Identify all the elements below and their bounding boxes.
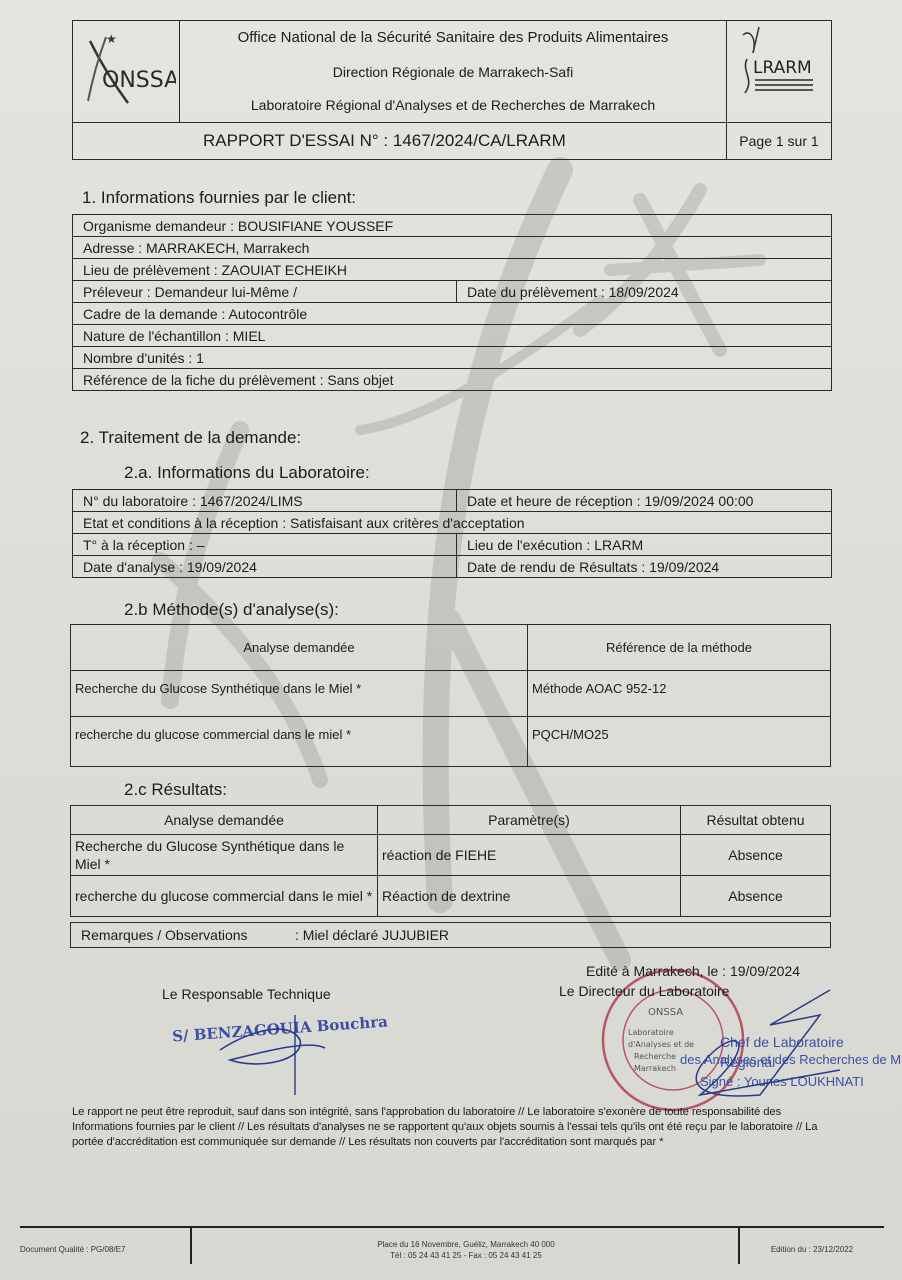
methods-row: Recherche du Glucose Synthétique dans le…: [71, 671, 831, 717]
client-info-table: Organisme demandeur : BOUSIFIANE YOUSSEF…: [72, 214, 832, 391]
results-row: recherche du glucose commercial dans le …: [71, 876, 831, 917]
header-titles: Office National de la Sécurité Sanitaire…: [180, 21, 727, 123]
remarks-label: Remarques / Observations: [81, 927, 295, 943]
preleveur-cell: Préleveur : Demandeur lui-Même /: [73, 281, 457, 303]
responsable-signature: [210, 1010, 330, 1100]
footer-doc-code: Document Qualité : PG/08/E7: [20, 1228, 190, 1279]
lieu-execution-cell: Lieu de l'exécution : LRARM: [457, 534, 832, 556]
footer-edition: Edition du : 23/12/2022: [740, 1228, 884, 1279]
section-2c-title: 2.c Résultats:: [124, 780, 227, 800]
svg-text:★: ★: [106, 32, 117, 46]
results-header-resultat: Résultat obtenu: [681, 806, 831, 835]
reference-fiche-row: Référence de la fiche du prélèvement : S…: [73, 369, 832, 391]
results-row: Recherche du Glucose Synthétique dans le…: [71, 835, 831, 876]
no-labo-cell: N° du laboratoire : 1467/2024/LIMS: [73, 490, 457, 512]
date-rendu-cell: Date de rendu de Résultats : 19/09/2024: [457, 556, 832, 578]
onssa-logo: ★ ONSSA: [73, 21, 180, 123]
methods-header-reference: Référence de la méthode: [528, 625, 831, 671]
lab-info-table: N° du laboratoire : 1467/2024/LIMS Date …: [72, 489, 832, 578]
cadre-row: Cadre de la demande : Autocontrôle: [73, 303, 832, 325]
footer-contact: Place du 16 Novembre, Guéliz, Marrakech …: [192, 1228, 740, 1273]
results-table: Analyse demandée Paramètre(s) Résultat o…: [70, 805, 831, 917]
section-2b-title: 2.b Méthode(s) d'analyse(s):: [124, 600, 339, 620]
results-header-parametre: Paramètre(s): [378, 806, 681, 835]
footer-address: Place du 16 Novembre, Guéliz, Marrakech …: [192, 1239, 740, 1250]
date-reception-cell: Date et heure de réception : 19/09/2024 …: [457, 490, 832, 512]
date-analyse-cell: Date d'analyse : 19/09/2024: [73, 556, 457, 578]
result-value: Absence: [681, 876, 831, 917]
report-number: RAPPORT D'ESSAI N° : 1467/2024/CA/LRARM: [73, 122, 727, 159]
remarks-cell: Remarques / Observations: Miel déclaré J…: [71, 923, 831, 948]
edit-date-line: Edité à Marrakech, le : 19/09/2024: [586, 963, 800, 979]
header-line-1: Office National de la Sécurité Sanitaire…: [180, 30, 726, 45]
section-1-title: 1. Informations fournies par le client:: [82, 188, 356, 208]
etat-reception-row: Etat et conditions à la réception : Sati…: [73, 512, 832, 534]
lrarm-logo: LRARM: [727, 21, 832, 123]
directeur-signature: [640, 985, 840, 1105]
remarks-value: : Miel déclaré JUJUBIER: [295, 927, 449, 943]
lieu-prelevement-row: Lieu de prélèvement : ZAOUIAT ECHEIKH: [73, 259, 832, 281]
remarks-table: Remarques / Observations: Miel déclaré J…: [70, 922, 831, 948]
organisme-row: Organisme demandeur : BOUSIFIANE YOUSSEF: [73, 215, 832, 237]
section-2a-title: 2.a. Informations du Laboratoire:: [124, 463, 370, 483]
methods-header-analyse: Analyse demandée: [71, 625, 528, 671]
footer-phone: Tél : 05 24 43 41 25 - Fax : 05 24 43 41…: [192, 1250, 740, 1261]
svg-text:LRARM: LRARM: [753, 58, 812, 78]
date-prelevement-cell: Date du prélèvement : 18/09/2024: [457, 281, 832, 303]
section-2-title: 2. Traitement de la demande:: [80, 428, 301, 448]
results-header-analyse: Analyse demandée: [71, 806, 378, 835]
disclaimer-text: Le rapport ne peut être reproduit, sauf …: [72, 1105, 834, 1150]
header-line-3: Laboratoire Régional d'Analyses et de Re…: [180, 98, 726, 112]
adresse-row: Adresse : MARRAKECH, Marrakech: [73, 237, 832, 259]
result-value: Absence: [681, 835, 831, 876]
header-line-2: Direction Régionale de Marrakech-Safi: [180, 65, 726, 79]
methods-row: recherche du glucose commercial dans le …: [71, 717, 831, 767]
responsable-technique-label: Le Responsable Technique: [162, 986, 331, 1002]
temperature-cell: T° à la réception : –: [73, 534, 457, 556]
page-indicator: Page 1 sur 1: [727, 122, 832, 159]
svg-text:ONSSA: ONSSA: [102, 68, 176, 93]
nombre-unites-row: Nombre d'unités : 1: [73, 347, 832, 369]
nature-row: Nature de l'échantillon : MIEL: [73, 325, 832, 347]
report-header: ★ ONSSA Office National de la Sécurité S…: [72, 20, 832, 160]
methods-table: Analyse demandée Référence de la méthode…: [70, 624, 831, 767]
page-footer: Document Qualité : PG/08/E7 Place du 16 …: [20, 1226, 884, 1264]
